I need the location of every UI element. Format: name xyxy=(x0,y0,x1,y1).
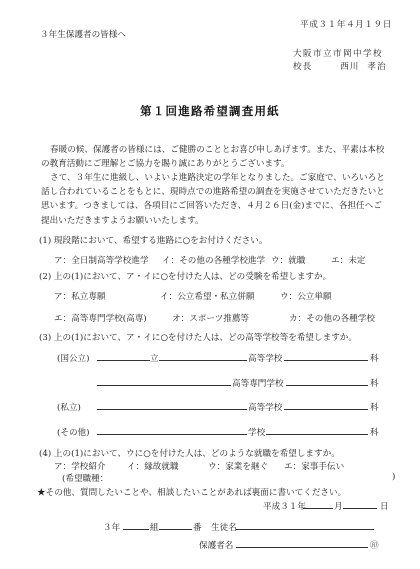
high-school-label: 高等学校 xyxy=(248,401,282,413)
intro-line: 春暖の候、保護者の皆様には、ご健勝のこととお喜び申しあげます。また、平素は本校 xyxy=(41,143,381,157)
technical-college-label: 高等専門学校 xyxy=(232,377,284,389)
desired-job-label: (希望職種： xyxy=(62,472,108,484)
class-label: 組 xyxy=(150,521,159,533)
other-school-blank[interactable] xyxy=(97,434,247,435)
q4-option-a[interactable]: ア：学校紹介 xyxy=(54,460,106,472)
q2-option-f[interactable]: カ：その他の各種学校 xyxy=(289,312,375,324)
q1-option-c[interactable]: ウ：就職 xyxy=(271,254,305,266)
guardian-name-label: 保護者名 xyxy=(199,539,233,551)
intro-paragraph-1: 春暖の候、保護者の皆様には、ご健勝のこととお喜び申しあげます。また、平素は本校 … xyxy=(41,143,381,171)
private-school-blank[interactable] xyxy=(97,409,247,410)
reply-day-blank[interactable] xyxy=(343,508,377,509)
question-4: (4) 上の(1)において、ウに○を付けた人は、どのような就職を希望しますか。 xyxy=(39,447,340,459)
seal-icon: ㊞ xyxy=(370,539,379,551)
grade-label: ３年 xyxy=(103,521,120,533)
prefecture-blank[interactable] xyxy=(97,360,150,361)
intro-line: 話し合われていることをもとに、現時点での進路希望の調査を実施させていただきたいと xyxy=(41,185,381,199)
technical-college-blank[interactable] xyxy=(97,385,231,386)
q1-option-b[interactable]: イ：その他の各種学校進学 xyxy=(162,254,265,266)
q1-option-d[interactable]: エ：未定 xyxy=(331,254,365,266)
intro-line: 提出いただきますようお願いいたします。 xyxy=(41,214,381,228)
public-course-blank[interactable] xyxy=(284,360,368,361)
public-label: (国公立) xyxy=(57,352,90,364)
intro-line: さて、３年生に進級し、いよいよ進路決定の学年となりました。ご家庭で、いろいろと xyxy=(41,171,381,185)
page-title: 第１回進路希望調査用紙 xyxy=(0,103,420,119)
q2-option-d[interactable]: エ：高等専門学校(高専) xyxy=(54,312,147,324)
q2-option-a[interactable]: ア：私立専願 xyxy=(54,290,106,302)
q4-option-d[interactable]: エ：家事手伝い xyxy=(284,460,344,472)
class-blank[interactable] xyxy=(123,529,149,530)
school-name: 大阪市立市岡中学校 xyxy=(293,47,383,59)
question-3: (3) 上の(1)において、ア・イに○を付けた人は、どの高等学校等を希望しますか… xyxy=(39,331,357,343)
number-blank[interactable] xyxy=(159,529,192,530)
student-name-field[interactable] xyxy=(236,529,374,530)
guardian-name-field[interactable] xyxy=(236,547,368,548)
document-date: 平成３１年４月１９日 xyxy=(300,18,392,30)
question-2: (2) 上の(1)において、ア・イに○を付けた人は、どの受験を希望しますか。 xyxy=(39,270,331,282)
principal-title: 校長 xyxy=(293,62,312,72)
q4-option-b[interactable]: イ：縁故就職 xyxy=(127,460,179,472)
intro-paragraph-2: さて、３年生に進級し、いよいよ進路決定の学年となりました。ご家庭で、いろいろと … xyxy=(41,171,381,228)
course-suffix: 科 xyxy=(370,377,379,389)
public-school-blank[interactable] xyxy=(159,360,247,361)
course-suffix: 科 xyxy=(370,352,379,364)
principal-family-name: 西川 xyxy=(340,62,359,72)
high-school-label: 高等学校 xyxy=(248,352,282,364)
reply-year: 平成３１年 xyxy=(263,500,306,512)
school-label: 学校 xyxy=(248,426,265,438)
desired-job-close: ) xyxy=(392,472,395,482)
month-label: 月 xyxy=(334,500,343,512)
q2-option-e[interactable]: オ：スポーツ推薦等 xyxy=(172,312,249,324)
principal-signature: 校長西川孝治 xyxy=(293,60,387,72)
course-suffix: 科 xyxy=(370,426,379,438)
q2-option-b[interactable]: イ：公立希望・私立併願 xyxy=(160,290,255,302)
note-text: ★その他、質問したいことや、相談したいことがあれば裏面に書いてください。 xyxy=(37,486,346,498)
day-label: 日 xyxy=(380,500,389,512)
technical-course-blank[interactable] xyxy=(286,385,368,386)
addressee: ３年生保護者の皆様へ xyxy=(40,28,126,40)
q2-option-c[interactable]: ウ：公立単願 xyxy=(280,290,332,302)
student-name-label: 生徒名 xyxy=(211,521,237,533)
course-suffix: 科 xyxy=(370,401,379,413)
ritsu-label: 立 xyxy=(150,352,159,364)
other-course-blank[interactable] xyxy=(266,434,368,435)
reply-month-blank[interactable] xyxy=(303,508,333,509)
private-course-blank[interactable] xyxy=(284,409,368,410)
q4-option-c[interactable]: ウ：家業を継ぐ xyxy=(208,460,268,472)
other-label: (その他) xyxy=(57,426,90,438)
intro-line: の教育活動にご理解とご協力を賜り誠にありがとうございます。 xyxy=(41,157,381,171)
intro-line: 思います。つきましては、各項目にご回答いただき、４月２６日(金)までに、各担任へ… xyxy=(41,199,381,213)
q1-option-a[interactable]: ア：全日制高等学校進学 xyxy=(54,254,149,266)
number-label: 番 xyxy=(193,521,202,533)
desired-job-field[interactable] xyxy=(110,472,360,482)
private-label: (私立) xyxy=(57,401,81,413)
question-1: (1) 現段階において、希望する進路に○をお付けください。 xyxy=(39,234,267,246)
principal-given-name: 孝治 xyxy=(367,62,386,72)
